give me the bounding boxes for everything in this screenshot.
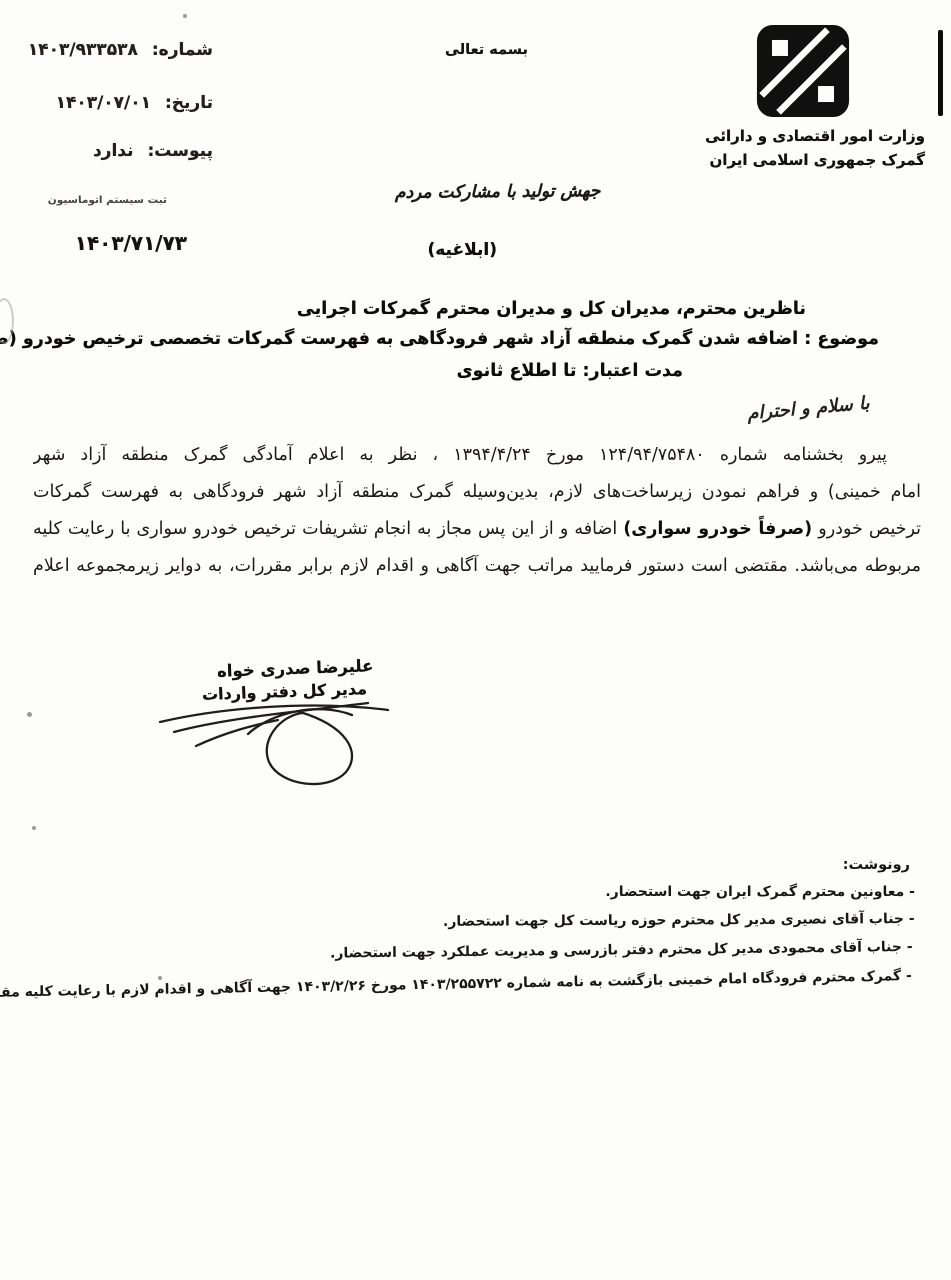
letter-date-label: تاریخ: — [165, 93, 213, 113]
letter-number-value: ۱۴۰۳/۹۳۳۵۳۸ — [28, 40, 138, 60]
body-line-3-pre: ترخیص خودرو — [812, 519, 921, 539]
handwritten-greeting: با سلام و احترام — [747, 393, 871, 425]
scanned-letter-page: شماره: ۱۴۰۳/۹۳۳۵۳۸ تاریخ: ۱۴۰۳/۰۷/۰۱ پیو… — [0, 0, 951, 1280]
cc-item: - معاونین محترم گمرک ایران جهت استحضار. — [605, 884, 915, 900]
cc-item: - گمرک محترم فرودگاه امام خمینی بازگشت ب… — [0, 968, 912, 1003]
body-line-3-bold: (صرفاً خودرو سواری) — [623, 519, 812, 539]
stamp-date: ۱۴۰۳/۷۱/۷۳ — [75, 231, 187, 255]
attachment-label: پیوست: — [148, 141, 214, 161]
letter-number-row: شماره: ۱۴۰۳/۹۳۳۵۳۸ — [28, 40, 213, 60]
scan-speck — [27, 712, 32, 717]
scan-speck — [32, 826, 36, 830]
body-line-2: امام خمینی) و فراهم نمودن زیرساخت‌های لا… — [33, 474, 921, 511]
addressee-line: ناظرین محترم، مدیران کل و مدیران محترم گ… — [297, 299, 806, 319]
validity-line: مدت اعتبار: تا اطلاع ثانوی — [457, 361, 683, 381]
automation-stamp: ثبت سیستم اتوماسیون — [48, 194, 167, 205]
org-line-customs: گمرک جمهوری اسلامی ایران — [715, 151, 925, 169]
letter-date-value: ۱۴۰۳/۰۷/۰۱ — [56, 93, 151, 113]
year-slogan: جهش تولید با مشارکت مردم — [395, 181, 601, 203]
signer-name: علیرضا صدری خواه — [216, 656, 373, 680]
handwritten-signature-icon — [150, 690, 400, 804]
attachment-row: پیوست: ندارد — [93, 141, 213, 161]
cc-item: - جناب آقای محمودی مدیر کل محترم دفتر با… — [330, 939, 913, 962]
body-line-3: ترخیص خودرو (صرفاً خودرو سواری) اضافه و … — [33, 511, 921, 548]
body-paragraph: پیرو بخشنامه شماره ۱۲۴/۹۴/۷۵۴۸۰ مورخ ۱۳۹… — [33, 437, 921, 585]
doc-type-label: (ابلاغیه) — [427, 240, 497, 260]
besmele-heading: بسمه تعالی — [445, 42, 528, 58]
cc-label: رونوشت: — [843, 857, 910, 873]
body-line-4: مربوطه می‌باشد. مقتضی است دستور فرمایید … — [33, 548, 921, 585]
scan-speck — [158, 976, 162, 980]
letter-date-row: تاریخ: ۱۴۰۳/۰۷/۰۱ — [56, 93, 213, 113]
letter-number-label: شماره: — [152, 40, 213, 60]
cc-item: - جناب آقای نصیری مدیر کل محترم حوزه ریا… — [443, 911, 915, 930]
scan-speck — [183, 14, 187, 18]
scan-edge-artifact — [938, 30, 943, 116]
org-line-ministry: وزارت امور اقتصادی و دارائی — [715, 127, 925, 145]
attachment-value: ندارد — [93, 141, 134, 161]
customs-logo-icon — [756, 24, 850, 118]
subject-line: موضوع : اضافه شدن گمرک منطقه آزاد شهر فر… — [0, 329, 879, 349]
body-line-1: پیرو بخشنامه شماره ۱۲۴/۹۴/۷۵۴۸۰ مورخ ۱۳۹… — [33, 437, 921, 474]
